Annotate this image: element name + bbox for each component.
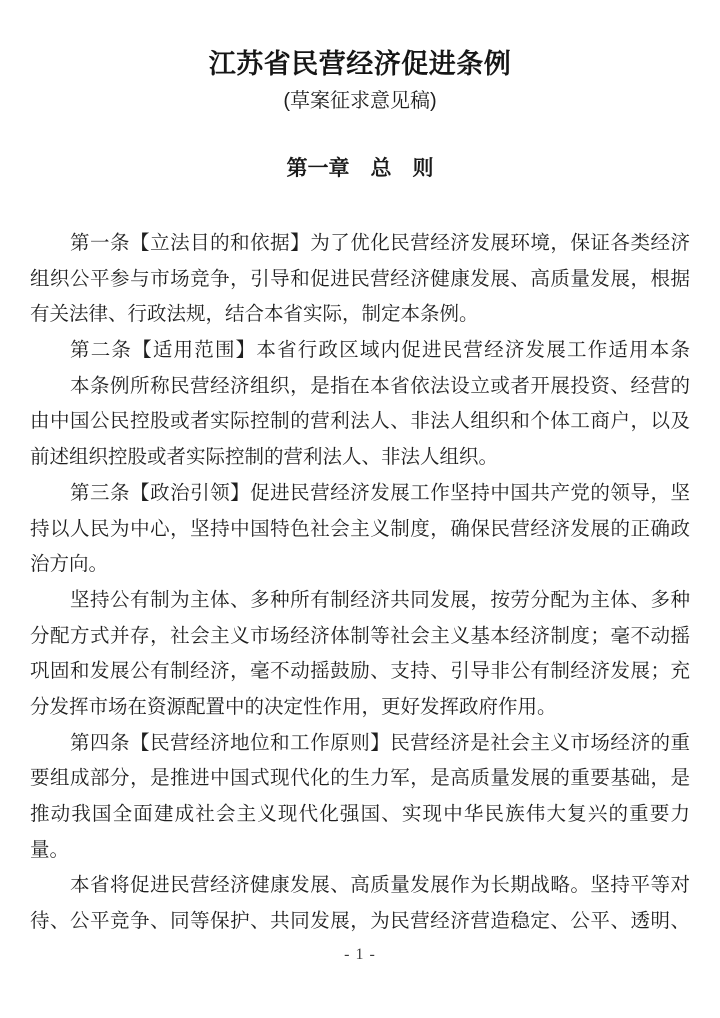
- body-line: 由中国公民控股或者实际控制的营利法人、非法人组织和个体工商户，以及: [30, 404, 690, 440]
- body-line: 持以人民为中心，坚持中国特色社会主义制度，确保民营经济发展的正确政: [30, 512, 690, 548]
- body-line: 有关法律、行政法规，结合本省实际，制定本条例。: [30, 297, 690, 333]
- chapter-heading: 第一章 总 则: [0, 155, 720, 183]
- document-subtitle: (草案征求意见稿): [0, 89, 720, 113]
- body-line: 推动我国全面建成社会主义现代化强国、实现中华民族伟大复兴的重要力: [30, 797, 690, 833]
- body-line: 分配方式并存，社会主义市场经济体制等社会主义基本经济制度；毫不动摇: [30, 619, 690, 655]
- document-title: 江苏省民营经济促进条例: [0, 0, 720, 80]
- body-line: 待、公平竞争、同等保护、共同发展，为民营经济营造稳定、公平、透明、: [30, 904, 690, 940]
- document-body: 第一条【立法目的和依据】为了优化民营经济发展环境，保证各类经济组织公平参与市场竞…: [30, 226, 690, 940]
- body-line: 第三条【政治引领】促进民营经济发展工作坚持中国共产党的领导，坚: [30, 476, 690, 512]
- body-line: 分发挥市场在资源配置中的决定性作用，更好发挥政府作用。: [30, 690, 690, 726]
- body-line: 第一条【立法目的和依据】为了优化民营经济发展环境，保证各类经济: [30, 226, 690, 262]
- body-line: 前述组织控股或者实际控制的营利法人、非法人组织。: [30, 440, 690, 476]
- body-line: 量。: [30, 833, 690, 869]
- body-line: 本条例所称民营经济组织，是指在本省依法设立或者开展投资、经营的: [30, 369, 690, 405]
- body-line: 本省将促进民营经济健康发展、高质量发展作为长期战略。坚持平等对: [30, 868, 690, 904]
- body-line: 要组成部分，是推进中国式现代化的生力军，是高质量发展的重要基础，是: [30, 761, 690, 797]
- document-page: 江苏省民营经济促进条例 (草案征求意见稿) 第一章 总 则 第一条【立法目的和依…: [0, 0, 720, 1018]
- body-line: 第二条【适用范围】本省行政区域内促进民营经济发展工作适用本条例。: [30, 333, 690, 369]
- body-line: 巩固和发展公有制经济，毫不动摇鼓励、支持、引导非公有制经济发展；充: [30, 654, 690, 690]
- body-line: 治方向。: [30, 547, 690, 583]
- page-number: - 1 -: [0, 944, 720, 966]
- body-line: 组织公平参与市场竞争，引导和促进民营经济健康发展、高质量发展，根据: [30, 262, 690, 298]
- body-line: 第四条【民营经济地位和工作原则】民营经济是社会主义市场经济的重: [30, 726, 690, 762]
- body-line: 坚持公有制为主体、多种所有制经济共同发展，按劳分配为主体、多种: [30, 583, 690, 619]
